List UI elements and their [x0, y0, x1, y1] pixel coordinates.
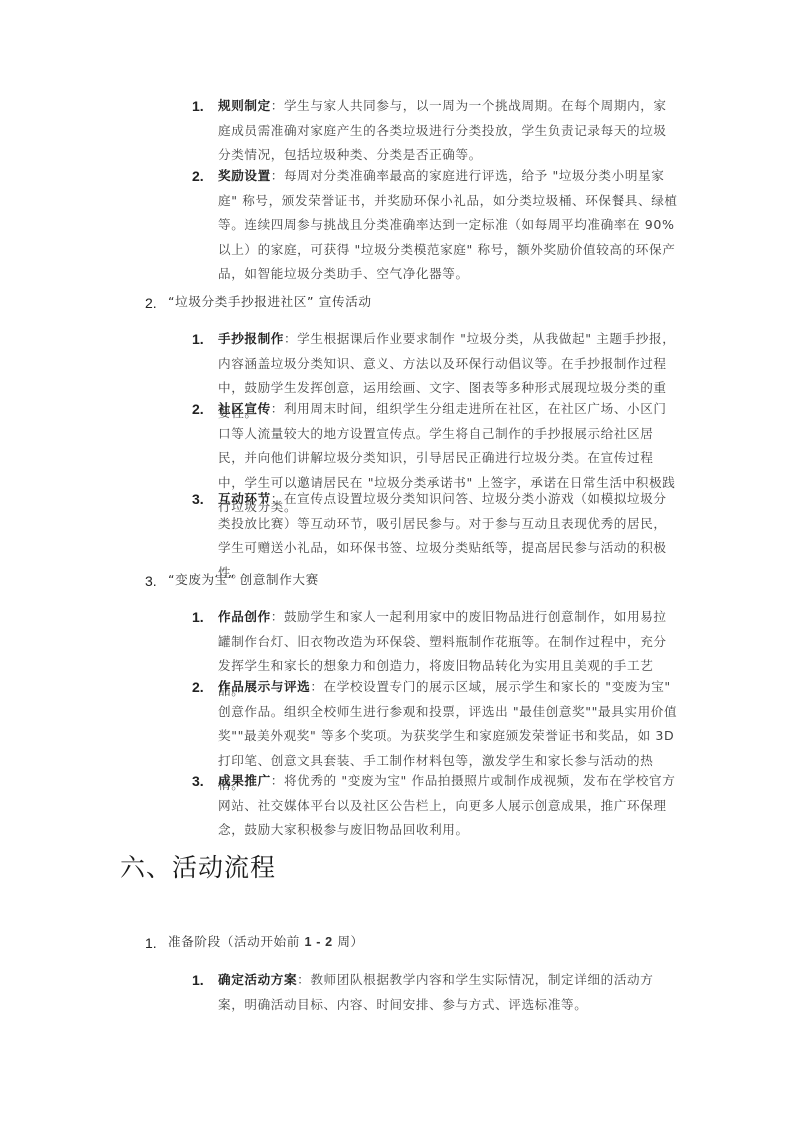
- list-number: 2.: [192, 401, 204, 417]
- list-number: 1.: [192, 331, 204, 347]
- list-item-rules: 规则制定：学生与家人共同参与，以一周为一个挑战周期。在每个周期内，家庭成员需准确…: [218, 94, 678, 168]
- list-number: 3.: [192, 491, 204, 507]
- list-item-plan: 确定活动方案：教师团队根据教学内容和学生实际情况，制定详细的活动方案，明确活动目…: [218, 968, 678, 1017]
- document-page: 1. 规则制定：学生与家人共同参与，以一周为一个挑战周期。在每个周期内，家庭成员…: [0, 0, 793, 1122]
- item-title: 成果推广: [218, 773, 271, 788]
- list-item-promotion: 成果推广：将优秀的 "变废为宝" 作品拍摄照片或制作成视频，发布在学校官方网站、…: [218, 769, 678, 843]
- item-text: ：在宣传点设置垃圾分类知识问答、垃圾分类小游戏（如模拟垃圾分类投放比赛）等互动环…: [218, 491, 667, 580]
- item-title: 手抄报制作: [218, 331, 284, 346]
- list-number: 1.: [192, 609, 204, 625]
- list-number: 2.: [145, 295, 157, 311]
- item-title: 作品展示与评选: [218, 679, 310, 694]
- stage-title-prefix: 准备阶段（活动开始前: [168, 934, 305, 949]
- item-title: 互动环节: [218, 491, 271, 506]
- list-number: 3.: [192, 773, 204, 789]
- item-title: 确定活动方案: [218, 972, 297, 987]
- list-number: 1.: [192, 972, 204, 988]
- item-text: ：学生与家人共同参与，以一周为一个挑战周期。在每个周期内，家庭成员需准确对家庭产…: [218, 98, 667, 162]
- stage-title-suffix: 周）: [333, 934, 364, 949]
- list-item-rewards: 奖励设置：每周对分类准确率最高的家庭进行评选，给予 "垃圾分类小明星家庭" 称号…: [218, 164, 678, 287]
- list-number: 1.: [145, 935, 157, 951]
- stage-title-weeks: 1 - 2: [305, 935, 333, 949]
- item-text: ：将优秀的 "变废为宝" 作品拍摄照片或制作成视频，发布在学校官方网站、社交媒体…: [218, 773, 675, 837]
- list-number: 1.: [192, 98, 204, 114]
- section-heading: 六、活动流程: [120, 848, 276, 884]
- activity-heading: “变废为宝” 创意制作大赛: [168, 568, 668, 593]
- item-title: 规则制定: [218, 98, 271, 113]
- list-number: 2.: [192, 679, 204, 695]
- stage-heading: 准备阶段（活动开始前 1 - 2 周）: [168, 930, 668, 955]
- list-number: 3.: [145, 573, 157, 589]
- item-title: 作品创作: [218, 609, 271, 624]
- list-number: 2.: [192, 168, 204, 184]
- item-title: 奖励设置: [218, 168, 271, 183]
- item-title: 社区宣传: [218, 401, 271, 416]
- activity-heading: “垃圾分类手抄报进社区” 宣传活动: [168, 290, 668, 315]
- item-text: ：每周对分类准确率最高的家庭进行评选，给予 "垃圾分类小明星家庭" 称号，颁发荣…: [218, 168, 678, 281]
